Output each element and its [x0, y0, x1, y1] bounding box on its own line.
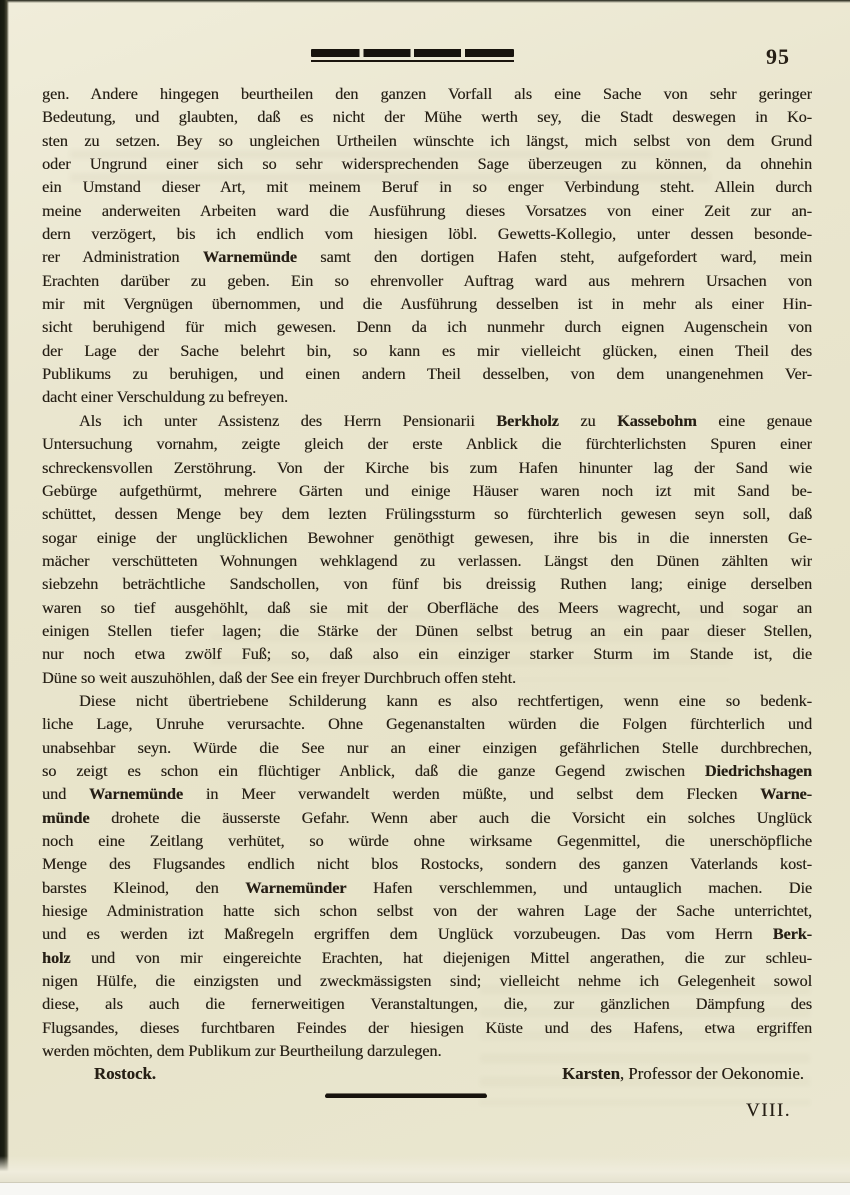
- text-run: zu: [559, 411, 617, 430]
- text-block: gen. Andere hingegen beurtheilen den gan…: [42, 82, 812, 1086]
- text-run: Hafen verschlemmen, und untauglich mache…: [346, 878, 812, 897]
- proper-name: Berk-: [773, 924, 812, 943]
- text-run: liche Lage, Unruhe verursachte. Ohne Geg…: [42, 714, 812, 733]
- text-run: drohete die äusserste Gefahr. Wenn aber …: [89, 808, 812, 827]
- text-run: und es werden izt Maßregeln ergriffen de…: [42, 924, 773, 943]
- proper-name: Warnemünde: [203, 247, 297, 266]
- text-run: diese, als auch die fernerweitigen Veran…: [42, 994, 812, 1013]
- text-line: Untersuchung vornahm, zeigte gleich der …: [42, 432, 812, 455]
- text-run: einigen Stellen tiefer lagen; die Stärke…: [42, 621, 812, 640]
- signature-author-name: Karsten: [562, 1064, 620, 1083]
- text-run: so zeigt es schon ein flüchtiger Anblick…: [42, 761, 705, 780]
- text-line: Menge des Flugsandes endlich nicht blos …: [42, 852, 812, 875]
- text-run: mächer verschütteten Wohnungen wehklagen…: [42, 551, 812, 570]
- text-run: unabsehbar seyn. Würde die See nur an ei…: [42, 738, 812, 757]
- text-line: barstes Kleinod, den Warnemünder Hafen v…: [42, 876, 812, 899]
- text-run: sten zu setzen. Bey so ungleichen Urthei…: [42, 131, 812, 150]
- text-run: oder Ungrund einer sich so sehr widerspr…: [42, 154, 812, 173]
- text-line: rer Administration Warnemünde samt den d…: [42, 245, 812, 268]
- text-line: Düne so weit auszuhöhlen, daß der See ei…: [42, 666, 812, 689]
- text-line: oder Ungrund einer sich so sehr widerspr…: [42, 152, 812, 175]
- text-line: ein Umstand dieser Art, mit meinem Beruf…: [42, 175, 812, 198]
- text-run: gen. Andere hingegen beurtheilen den gan…: [42, 84, 812, 103]
- text-run: sogar einige der unglücklichen Bewohner …: [42, 528, 812, 547]
- text-line: liche Lage, Unruhe verursachte. Ohne Geg…: [42, 712, 812, 735]
- text-line: Flugsandes, dieses furchtbaren Feindes d…: [42, 1016, 812, 1039]
- text-line: hiesige Administration hatte sich schon …: [42, 899, 812, 922]
- proper-name: Warne-: [760, 784, 812, 803]
- text-run: noch eine Zeitlang verhütet, so würde oh…: [42, 831, 812, 850]
- text-line: und Warnemünde in Meer verwandelt werden…: [42, 782, 812, 805]
- text-line: sicht beruhigend für mich gewesen. Denn …: [42, 315, 812, 338]
- text-run: eine genaue: [697, 411, 812, 430]
- quire-signature-mark: VIII.: [746, 1100, 791, 1122]
- scanned-book-page: { "page": { "number": "95", "footer_mark…: [0, 0, 850, 1195]
- text-run: Als ich unter Assistenz des Herrn Pensio…: [79, 411, 496, 430]
- text-line: so zeigt es schon ein flüchtiger Anblick…: [42, 759, 812, 782]
- text-run: sicht beruhigend für mich gewesen. Denn …: [42, 317, 812, 336]
- text-line: werden möchten, dem Publikum zur Beurthe…: [42, 1039, 812, 1062]
- text-line: Publikums zu beruhigen, und einen andern…: [42, 362, 812, 385]
- text-run: ein Umstand dieser Art, mit meinem Beruf…: [42, 177, 812, 196]
- text-line: sogar einige der unglücklichen Bewohner …: [42, 526, 812, 549]
- text-run: schreckensvollen Zerstöhrung. Von der Ki…: [42, 458, 812, 477]
- text-line: noch eine Zeitlang verhütet, so würde oh…: [42, 829, 812, 852]
- proper-name: Berkholz: [496, 411, 559, 430]
- text-run: in Meer verwandelt werden müßte, und sel…: [183, 784, 760, 803]
- text-run: Publikums zu beruhigen, und einen andern…: [42, 364, 812, 383]
- text-line: mir mit Vergnügen übernommen, und die Au…: [42, 292, 812, 315]
- signature-place: Rostock.: [94, 1062, 156, 1086]
- text-line: Gebürge aufgethürmt, mehrere Gärten und …: [42, 479, 812, 502]
- header-rule-ornament: [311, 49, 514, 62]
- text-run: meine anderweiten Arbeiten ward die Ausf…: [42, 201, 812, 220]
- text-line: sten zu setzen. Bey so ungleichen Urthei…: [42, 129, 812, 152]
- text-line: holz und von mir eingereichte Erachten, …: [42, 946, 812, 969]
- proper-name: Diedrichshagen: [705, 761, 812, 780]
- text-line: waren so tief ausgehöhlt, daß sie mit de…: [42, 596, 812, 619]
- text-line: Diese nicht übertriebene Schilderung kan…: [42, 689, 812, 712]
- text-run: dern verzögert, bis ich endlich vom hies…: [42, 224, 812, 243]
- book-spine-edge: [0, 0, 9, 1181]
- proper-name: münde: [42, 808, 89, 827]
- text-run: der Lage der Sache belehrt bin, so kann …: [42, 341, 812, 360]
- signature-author-title: , Professor der Oekonomie.: [620, 1064, 804, 1083]
- text-line: dern verzögert, bis ich endlich vom hies…: [42, 222, 812, 245]
- text-run: Flugsandes, dieses furchtbaren Feindes d…: [42, 1018, 812, 1037]
- text-line: und es werden izt Maßregeln ergriffen de…: [42, 922, 812, 945]
- page-number: 95: [766, 44, 790, 70]
- text-line: Als ich unter Assistenz des Herrn Pensio…: [42, 409, 812, 432]
- proper-name: Warnemünder: [245, 878, 346, 897]
- proper-name: Kassebohm: [617, 411, 697, 430]
- text-run: nigen Hülfe, die einzigsten und zweckmäs…: [42, 971, 812, 990]
- text-run: und von mir eingereichte Erachten, hat d…: [71, 948, 812, 967]
- text-run: Erachten darüber zu geben. Ein so ehrenv…: [42, 271, 812, 290]
- text-run: Bedeutung, und glaubten, daß es nicht de…: [42, 107, 812, 126]
- text-run: samt den dortigen Hafen steht, aufgeford…: [297, 247, 812, 266]
- text-run: dacht einer Verschuldung zu befreyen.: [42, 387, 288, 406]
- thick-segmented-rule: [311, 49, 514, 57]
- signature-line: Rostock. Karsten, Professor der Oekonomi…: [42, 1062, 812, 1086]
- text-run: werden möchten, dem Publikum zur Beurthe…: [42, 1041, 441, 1060]
- text-run: Untersuchung vornahm, zeigte gleich der …: [42, 434, 812, 453]
- text-line: schüttet, dessen Menge bey dem lezten Fr…: [42, 502, 812, 525]
- text-line: nigen Hülfe, die einzigsten und zweckmäs…: [42, 969, 812, 992]
- text-run: nur noch etwa zwölf Fuß; so, daß also ei…: [42, 644, 812, 663]
- text-line: siebzehn beträchtliche Sandschollen, von…: [42, 572, 812, 595]
- thin-rule: [311, 60, 514, 62]
- text-line: mächer verschütteten Wohnungen wehklagen…: [42, 549, 812, 572]
- text-run: mir mit Vergnügen übernommen, und die Au…: [42, 294, 812, 313]
- text-run: siebzehn beträchtliche Sandschollen, von…: [42, 574, 812, 593]
- text-line: dacht einer Verschuldung zu befreyen.: [42, 385, 812, 408]
- text-line: einigen Stellen tiefer lagen; die Stärke…: [42, 619, 812, 642]
- text-run: rer Administration: [42, 247, 203, 266]
- text-line: nur noch etwa zwölf Fuß; so, daß also ei…: [42, 642, 812, 665]
- text-line: münde drohete die äusserste Gefahr. Wenn…: [42, 806, 812, 829]
- text-run: schüttet, dessen Menge bey dem lezten Fr…: [42, 504, 812, 523]
- text-run: hiesige Administration hatte sich schon …: [42, 901, 812, 920]
- text-run: Menge des Flugsandes endlich nicht blos …: [42, 854, 812, 873]
- text-line: Erachten darüber zu geben. Ein so ehrenv…: [42, 269, 812, 292]
- text-run: Düne so weit auszuhöhlen, daß der See ei…: [42, 668, 516, 687]
- text-run: Diese nicht übertriebene Schilderung kan…: [79, 691, 812, 710]
- text-line: gen. Andere hingegen beurtheilen den gan…: [42, 82, 812, 105]
- text-run: waren so tief ausgehöhlt, daß sie mit de…: [42, 598, 812, 617]
- text-line: schreckensvollen Zerstöhrung. Von der Ki…: [42, 456, 812, 479]
- scan-edge-top: [0, 0, 850, 3]
- text-line: unabsehbar seyn. Würde die See nur an ei…: [42, 736, 812, 759]
- text-line: Bedeutung, und glaubten, daß es nicht de…: [42, 105, 812, 128]
- text-run: barstes Kleinod, den: [42, 878, 245, 897]
- proper-name: Warnemünde: [89, 784, 183, 803]
- signature-author: Karsten, Professor der Oekonomie.: [562, 1062, 804, 1086]
- text-run: Gebürge aufgethürmt, mehrere Gärten und …: [42, 481, 812, 500]
- footer-rule: [325, 1094, 487, 1098]
- text-line: meine anderweiten Arbeiten ward die Ausf…: [42, 199, 812, 222]
- page-bottom-curl: [0, 1156, 850, 1183]
- text-line: diese, als auch die fernerweitigen Veran…: [42, 992, 812, 1015]
- scan-bed-strip: [0, 1183, 850, 1195]
- text-run: und: [42, 784, 89, 803]
- proper-name: holz: [42, 948, 71, 967]
- text-line: der Lage der Sache belehrt bin, so kann …: [42, 339, 812, 362]
